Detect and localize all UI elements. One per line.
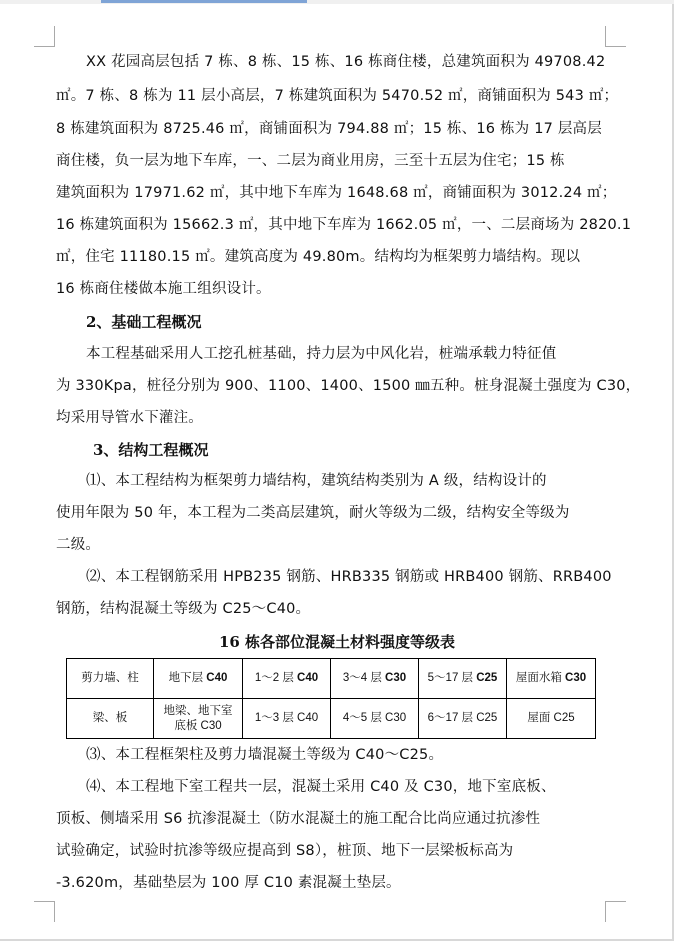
table-cell: 屋面水箱 C30 bbox=[507, 659, 596, 699]
section-3-item-2-line: ⑵、本工程钢筋采用 HPB235 钢筋、HRB335 钢筋或 HRB400 钢筋… bbox=[86, 567, 646, 587]
table-cell: 1～2 层 C40 bbox=[243, 659, 331, 699]
table-cell: 6～17 层 C25 bbox=[419, 699, 507, 739]
table-cell: 地下层 C40 bbox=[154, 659, 243, 699]
table-title: 16 栋各部位混凝土材料强度等级表 bbox=[0, 632, 674, 652]
table-row: 梁、板 地梁、地下室底板 C30 1～3 层 C40 4～5 层 C30 6～1… bbox=[67, 699, 596, 739]
section-3-item-1-line: 二级。 bbox=[56, 535, 616, 555]
section-2-line: 均采用导管水下灌注。 bbox=[56, 408, 616, 428]
section-3-item-1-line: ⑴、本工程结构为框架剪力墙结构，建筑结构类别为 A 级，结构设计的 bbox=[86, 471, 646, 491]
paragraph-1-line: ㎡，住宅 11180.15 ㎡。建筑高度为 49.80m。结构均为框架剪力墙结构… bbox=[56, 247, 616, 267]
section-2-line: 本工程基础采用人工挖孔桩基础，持力层为中风化岩，桩端承载力特征值 bbox=[86, 344, 646, 364]
section-3-item-4-line: 试验确定，试验时抗渗等级应提高到 S8），桩顶、地下一层梁板标高为 bbox=[56, 841, 616, 861]
concrete-grade-table: 剪力墙、柱 地下层 C40 1～2 层 C40 3～4 层 C30 5～17 层… bbox=[66, 658, 596, 739]
paragraph-1-line: 建筑面积为 17971.62 ㎡，其中地下车库为 1648.68 ㎡，商铺面积为… bbox=[56, 183, 616, 203]
table-cell: 5～17 层 C25 bbox=[419, 659, 507, 699]
row-label: 剪力墙、柱 bbox=[67, 659, 154, 699]
paragraph-1-line: 16 栋商住楼做本施工组织设计。 bbox=[56, 279, 616, 299]
section-2-line: 为 330Kpa，桩径分别为 900、1100、1400、1500 ㎜五种。桩身… bbox=[56, 376, 616, 396]
section-3-item-1-line: 使用年限为 50 年，本工程为二类高层建筑，耐火等级为二级，结构安全等级为 bbox=[56, 503, 616, 523]
section-3-heading: 3、结构工程概况 bbox=[93, 440, 208, 460]
table-cell: 屋面 C25 bbox=[507, 699, 596, 739]
section-3-item-3-line: ⑶、本工程框架柱及剪力墙混凝土等级为 C40～C25。 bbox=[86, 745, 646, 765]
row-label: 梁、板 bbox=[67, 699, 154, 739]
table-cell: 1～3 层 C40 bbox=[243, 699, 331, 739]
section-3-item-4-line: ⑷、本工程地下室工程共一层，混凝土采用 C40 及 C30，地下室底板、 bbox=[86, 777, 646, 797]
table-cell: 3～4 层 C30 bbox=[331, 659, 419, 699]
top-bar bbox=[0, 0, 674, 4]
table-cell: 4～5 层 C30 bbox=[331, 699, 419, 739]
section-3-item-4-line: 顶板、侧墙采用 S6 抗渗混凝土（防水混凝土的施工配合比尚应通过抗渗性 bbox=[56, 809, 616, 829]
margin-corner-top-right bbox=[605, 26, 626, 47]
margin-corner-bottom-left bbox=[34, 901, 55, 922]
table-row: 剪力墙、柱 地下层 C40 1～2 层 C40 3～4 层 C30 5～17 层… bbox=[67, 659, 596, 699]
scroll-progress-indicator bbox=[101, 0, 307, 3]
section-2-heading: 2、基础工程概况 bbox=[86, 312, 201, 332]
paragraph-1-line: 16 栋建筑面积为 15662.3 ㎡，其中地下车库为 1662.05 ㎡，一、… bbox=[56, 215, 616, 235]
table-cell: 地梁、地下室底板 C30 bbox=[154, 699, 243, 739]
section-3-item-4-line: -3.620m，基础垫层为 100 厚 C10 素混凝土垫层。 bbox=[56, 873, 616, 893]
paragraph-1-line: ㎡。7 栋、8 栋为 11 层小高层，7 栋建筑面积为 5470.52 ㎡，商铺… bbox=[56, 86, 616, 106]
paragraph-1-line: 8 栋建筑面积为 8725.46 ㎡，商铺面积为 794.88 ㎡；15 栋、1… bbox=[56, 119, 616, 139]
margin-corner-top-left bbox=[34, 26, 55, 47]
margin-corner-bottom-right bbox=[605, 901, 626, 922]
paragraph-1-line: XX 花园高层包括 7 栋、8 栋、15 栋、16 栋商住楼，总建筑面积为 49… bbox=[86, 52, 646, 72]
paragraph-1-line: 商住楼，负一层为地下车库，一、二层为商业用房，三至十五层为住宅；15 栋 bbox=[56, 151, 616, 171]
section-3-item-2-line: 钢筋，结构混凝土等级为 C25～C40。 bbox=[56, 599, 616, 619]
